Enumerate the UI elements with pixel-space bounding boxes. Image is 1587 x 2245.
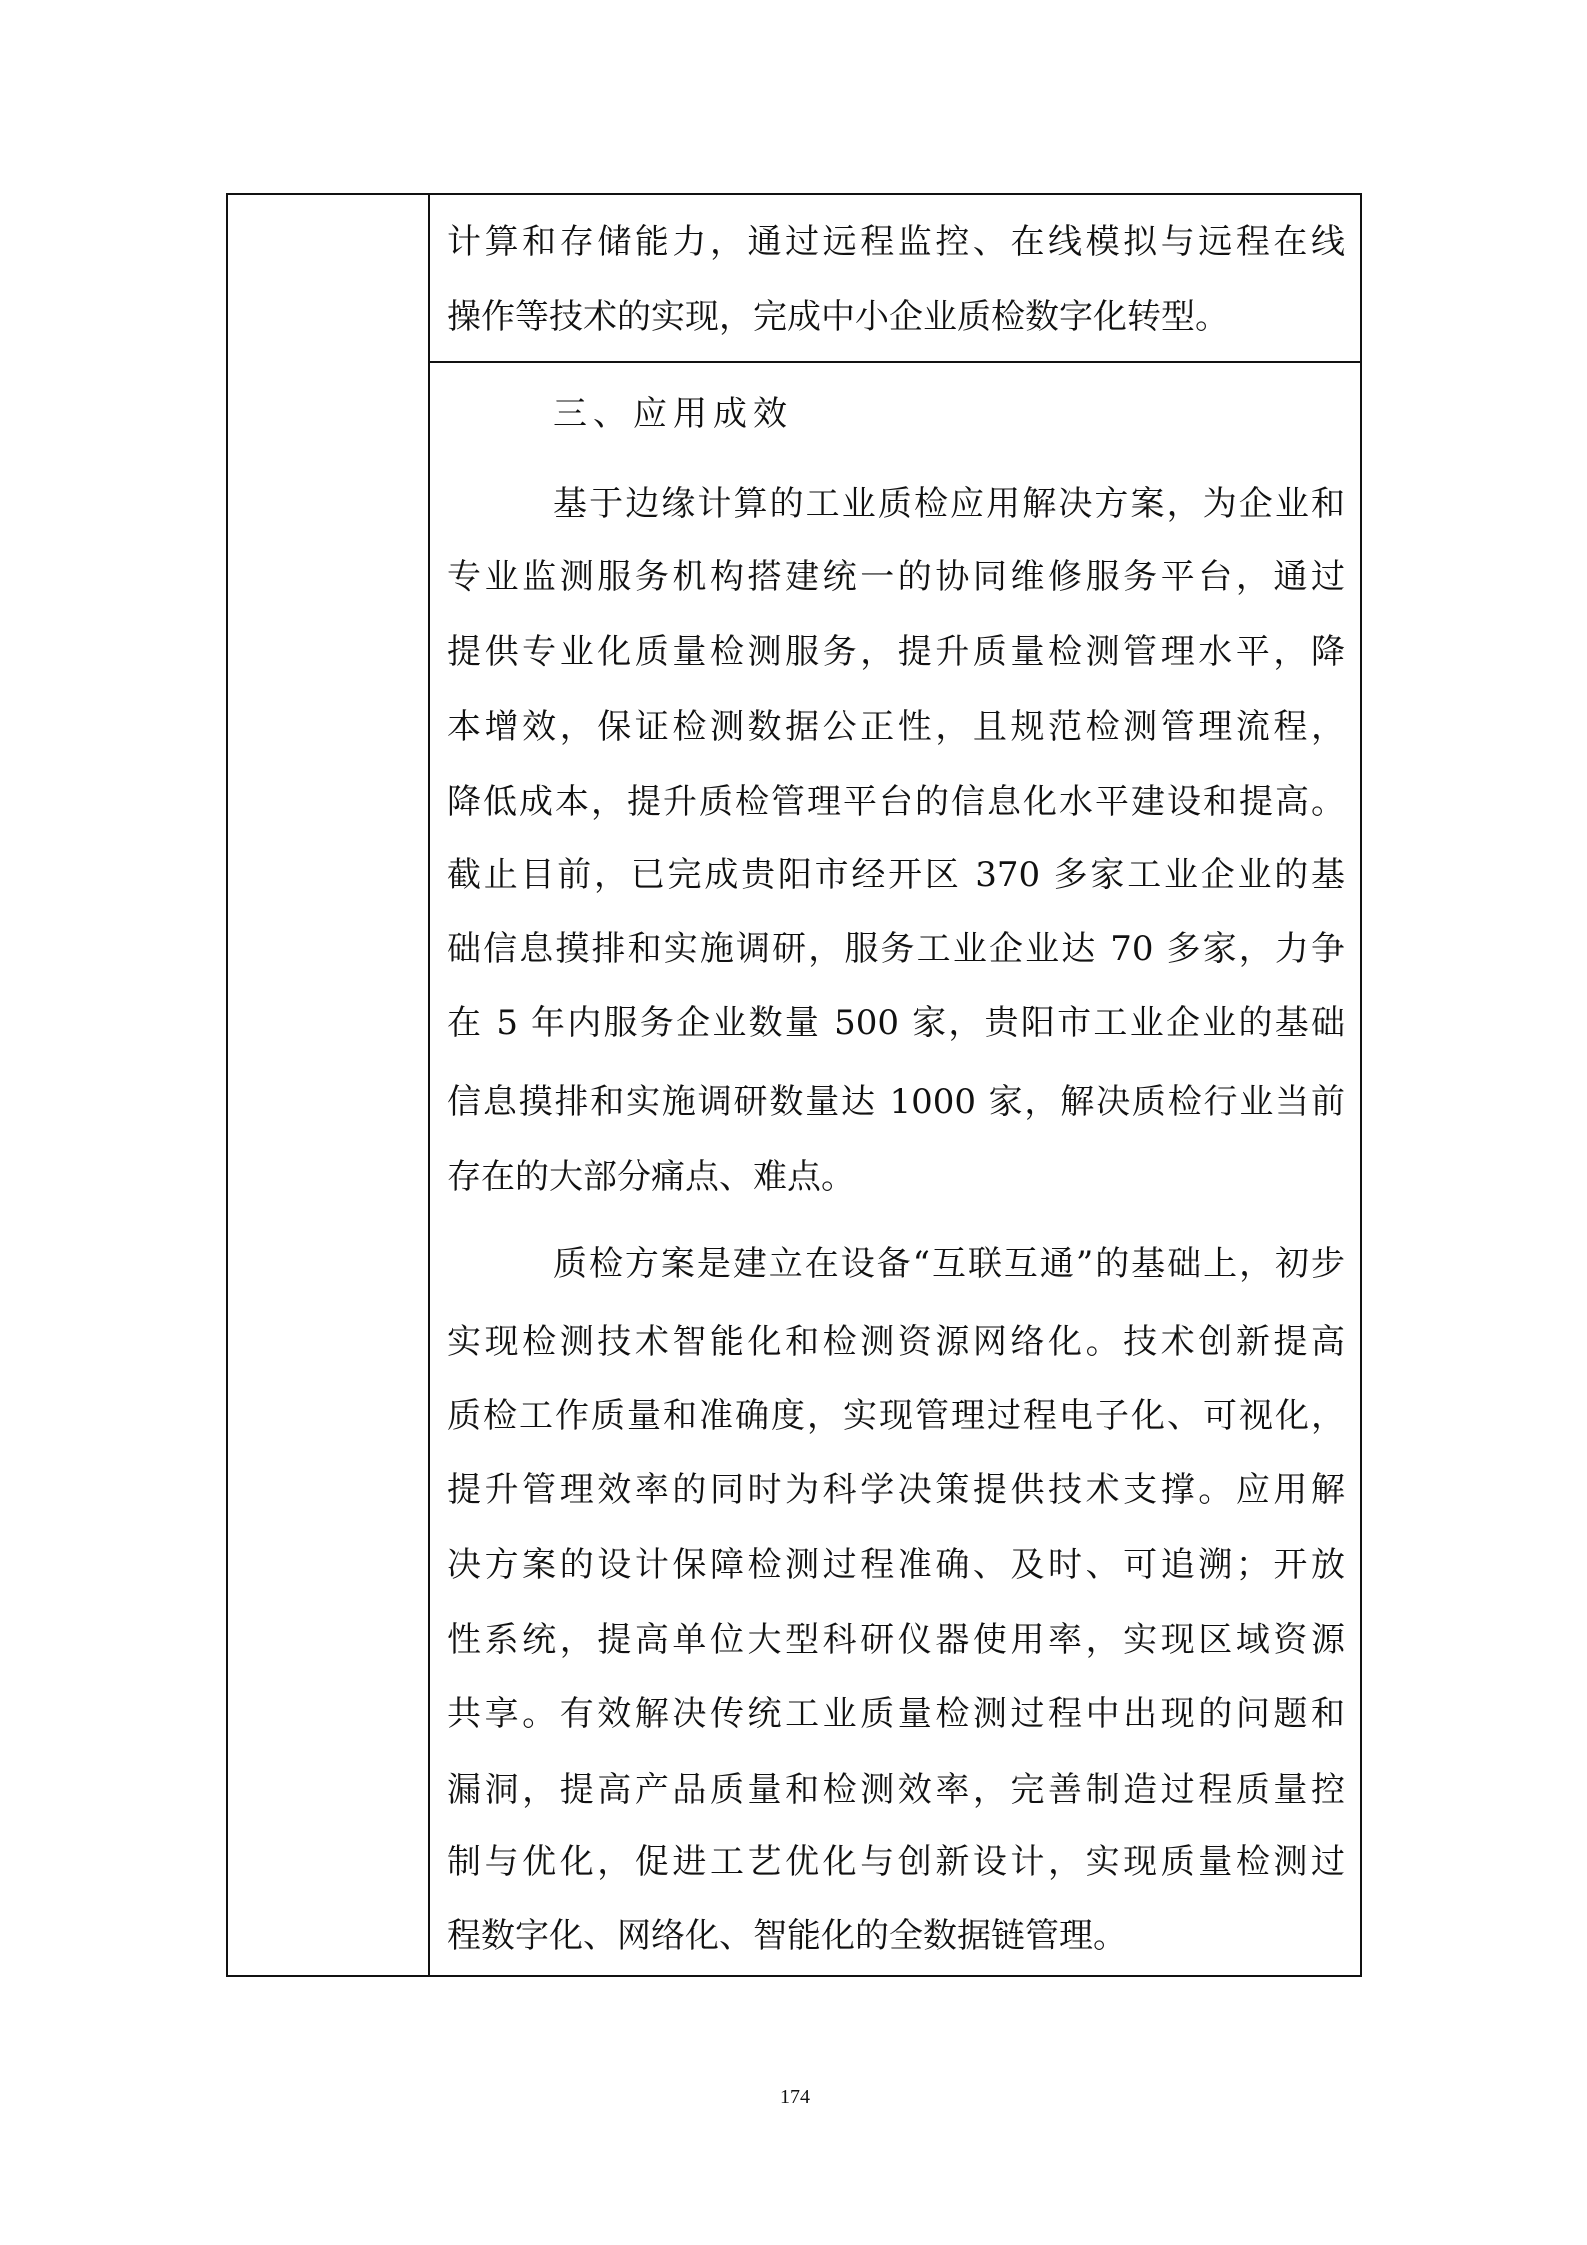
- paragraph-line: 决方案的设计保障检测过程准确、及时、可追溯；开放: [447, 1540, 1345, 1590]
- paragraph-line: 质检方案是建立在设备“互联互通”的基础上，初步: [553, 1239, 1345, 1289]
- paragraph-line: 础信息摸排和实施调研，服务工业企业达 70 多家，力争: [447, 924, 1345, 974]
- paragraph-line: 提供专业化质量检测服务，提升质量检测管理水平，降: [447, 627, 1345, 677]
- page-number: 174: [770, 2086, 820, 2109]
- top-cell-line: 计算和存储能力，通过远程监控、在线模拟与远程在线: [447, 217, 1345, 267]
- paragraph-line: 质检工作质量和准确度，实现管理过程电子化、可视化，: [447, 1391, 1345, 1441]
- section-heading: 三、应用成效: [553, 389, 793, 439]
- paragraph-line: 信息摸排和实施调研数量达 1000 家，解决质检行业当前: [447, 1077, 1345, 1127]
- paragraph-line: 存在的大部分痛点、难点。: [447, 1152, 1345, 1202]
- paragraph-line: 降低成本，提升质检管理平台的信息化水平建设和提高。: [447, 777, 1345, 827]
- paragraph-line: 漏洞，提高产品质量和检测效率，完善制造过程质量控: [447, 1765, 1345, 1815]
- paragraph-line: 专业监测服务机构搭建统一的协同维修服务平台，通过: [447, 552, 1345, 602]
- paragraph-line: 提升管理效率的同时为科学决策提供技术支撑。应用解: [447, 1465, 1345, 1515]
- paragraph-line: 程数字化、网络化、智能化的全数据链管理。: [447, 1911, 1345, 1961]
- paragraph-line: 共享。有效解决传统工业质量检测过程中出现的问题和: [447, 1689, 1345, 1739]
- column-divider: [428, 195, 430, 1975]
- paragraph-line: 制与优化，促进工艺优化与创新设计，实现质量检测过: [447, 1837, 1345, 1887]
- row-divider: [428, 361, 1360, 363]
- content-table: 计算和存储能力，通过远程监控、在线模拟与远程在线 操作等技术的实现，完成中小企业…: [226, 193, 1362, 1977]
- paragraph-line: 实现检测技术智能化和检测资源网络化。技术创新提高: [447, 1317, 1345, 1367]
- paragraph-line: 性系统，提高单位大型科研仪器使用率，实现区域资源: [447, 1615, 1345, 1665]
- paragraph-line: 本增效，保证检测数据公正性，且规范检测管理流程，: [447, 702, 1345, 752]
- paragraph-line: 截止目前，已完成贵阳市经开区 370 多家工业企业的基: [447, 850, 1345, 900]
- top-cell-line: 操作等技术的实现，完成中小企业质检数字化转型。: [447, 292, 1345, 342]
- paragraph-line: 基于边缘计算的工业质检应用解决方案，为企业和: [553, 479, 1345, 529]
- paragraph-line: 在 5 年内服务企业数量 500 家，贵阳市工业企业的基础: [447, 998, 1345, 1048]
